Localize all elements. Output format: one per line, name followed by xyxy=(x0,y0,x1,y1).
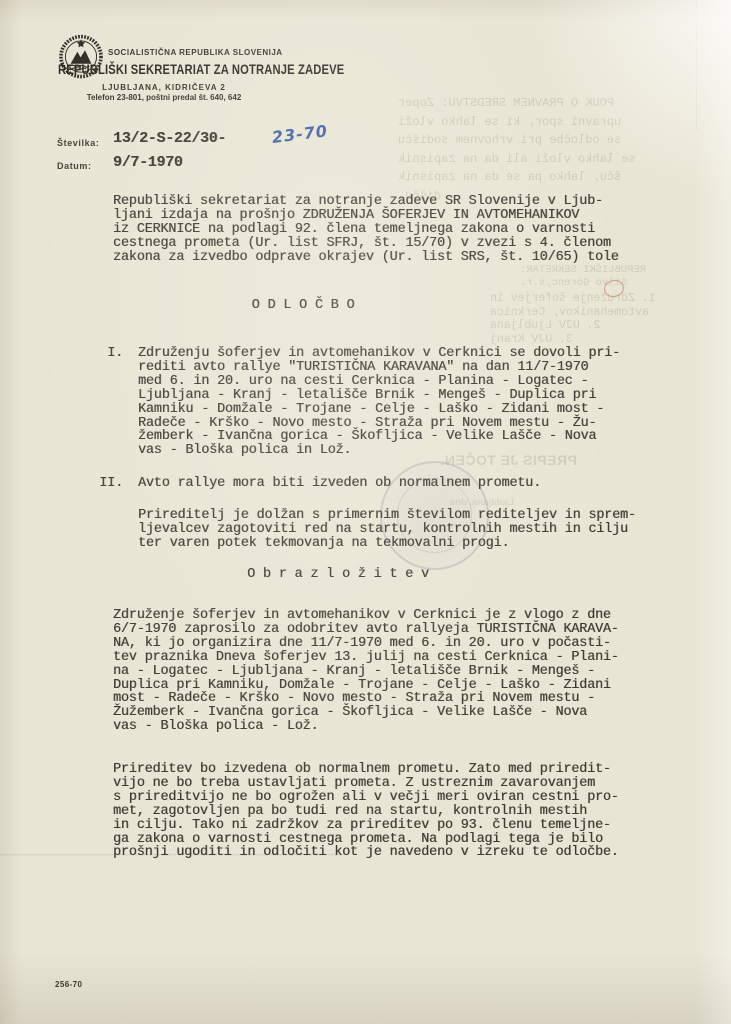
paper-crease-vertical xyxy=(694,0,697,130)
decision-item-1: I. Združenju šoferjev in avtomehanikov v… xyxy=(85,347,673,458)
number-handwritten-suffix: 23-70 xyxy=(271,121,329,147)
explanation-paragraph-2: Prireditev bo izvedena ob normalnem prom… xyxy=(113,763,678,860)
date-value: 9/7-1970 xyxy=(113,155,183,170)
number-label: Številka: xyxy=(57,138,99,148)
form-code: 256-70 xyxy=(55,980,82,989)
decision-title: O D L O Č B O xyxy=(113,299,493,313)
document-page: POUK O PRAVNEM SREDSTVU: Zoper upravni s… xyxy=(0,0,731,1024)
decision-item-2-paragraph: Prireditelj je dolžan s primernim števil… xyxy=(138,509,673,551)
explanation-paragraph-1: Združenje šoferjev in avtomehanikov v Ce… xyxy=(113,609,678,734)
number-value: 13/2-S-22/30- xyxy=(113,131,226,146)
explanation-title: O b r a z l o ž i t e v xyxy=(113,568,563,582)
ghost-distribution-list: 1. Združenje šoferjev in avtomehanikov, … xyxy=(490,292,690,346)
intro-paragraph: Republiški sekretariat za notranje zadev… xyxy=(113,195,673,265)
ghost-legal-notice-text: POUK O PRAVNEM SREDSTVU: Zoper upravni s… xyxy=(398,94,658,206)
date-label: Datum: xyxy=(57,161,92,171)
ghost-secretary-signature: REPUBLIŠKI SEKRETAR: Silvo Gorenc,s.r. xyxy=(520,264,685,290)
decision-item-2-text: Avto rallye mora biti izveden ob normaln… xyxy=(138,477,541,491)
letterhead-address: LJUBLJANA, KIDRIČEVA 2 xyxy=(58,83,270,92)
republic-name: SOCIALISTIČNA REPUBLIKA SLOVENIJA xyxy=(108,48,283,57)
decision-item-1-text: Združenju šoferjev in avtomehanikov v Ce… xyxy=(138,347,620,458)
secretariat-name: REPUBLIŠKI SEKRETARIAT ZA NOTRANJE ZADEV… xyxy=(58,61,344,77)
ghost-copy-stamp-subtext: Ljubljana, dne xyxy=(450,497,570,508)
decision-item-1-number: I. xyxy=(85,347,123,458)
decision-item-2-number: II. xyxy=(85,477,123,491)
decision-item-2: II. Avto rallye mora biti izveden ob nor… xyxy=(85,477,673,491)
letterhead-phone: Telefon 23-801, poštni predal št. 640, 6… xyxy=(58,93,270,102)
